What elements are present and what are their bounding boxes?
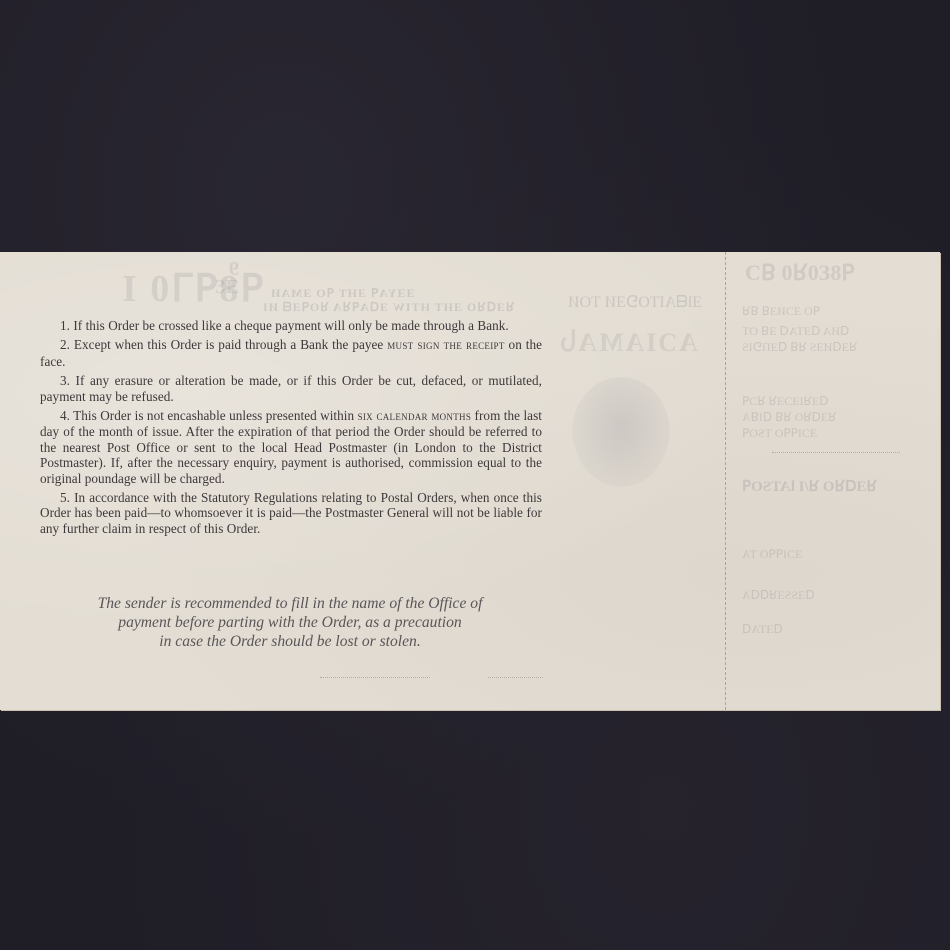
advice-line: payment before parting with the Order, a…	[30, 613, 550, 632]
advice-line: The sender is recommended to fill in the…	[30, 594, 550, 613]
show-through-stub-text: ꓷƎTAꓷ	[742, 622, 783, 637]
emphasis-small-caps: six calendar months	[358, 409, 472, 423]
show-through-heading-1: ƎƎYAꟼ ƎHT ꟼO ƎMAИ	[270, 286, 415, 301]
show-through-not-negotiable: ƎlᗺAITOꓨƎИ TOИ	[568, 292, 702, 312]
show-through-stub-text: ꓤƎꓷИƎS ꓤꓭ ꓷƎПꓨIS	[742, 340, 857, 355]
sender-advice: The sender is recommended to fill in the…	[30, 594, 550, 651]
show-through-stub-text: ꟼO ƎƆИƎꓭ ꓭꓤ	[742, 304, 820, 319]
show-through-stub-text: ƎƆIꟼꟼO TA	[742, 547, 802, 562]
show-through-stub-text: ꓤƎꓷꓤO ꓤꓭ ꓷIꓭA	[742, 410, 837, 425]
show-through-serial-prefix: 9ƎƐ	[215, 260, 239, 296]
show-through-stub-text: ꓷƎꓤIƎƆƎꓤ ꓤƆꟼ	[742, 394, 828, 409]
show-through-stub-text: ꓷƎSSƎꓤꓷꓷA	[742, 588, 815, 603]
condition-1: 1. If this Order be crossed like a chequ…	[40, 318, 542, 333]
show-through-stub-serial: ꟼ8Ɛ0ꓤ0 ꓭƆ	[745, 262, 855, 284]
show-through-serial: ꟼ8ꟼꞀ0 I	[120, 266, 263, 311]
condition-5: 5. In accordance with the Statutory Regu…	[40, 490, 542, 536]
dotted-rule	[488, 677, 543, 678]
advice-line: in case the Order should be lost or stol…	[30, 632, 550, 651]
show-through-dotted-rule	[772, 452, 900, 453]
condition-2: 2. Except when this Order is paid throug…	[40, 337, 542, 369]
perforation-line	[725, 252, 726, 710]
conditions-of-payment: 1. If this Order be crossed like a chequ…	[40, 318, 542, 540]
dotted-rule	[320, 677, 430, 678]
condition-4: 4. This Order is not encashable unless p…	[40, 408, 542, 486]
show-through-stub-value: ꓤƎꓷꓤO ꓤ/I lATSOꟼ	[742, 477, 877, 496]
postal-order-reverse: ꟼ8ꟼꞀ0 I 9ƎƐ ƎƎYAꟼ ƎHT ꟼO ƎMAИ ꓤƎᗡꓤO ƎHT …	[0, 252, 940, 710]
condition-3: 3. If any erasure or alteration be made,…	[40, 373, 542, 404]
show-through-stub-text: ƎƆIꟼꟼO TSOꟼ	[742, 426, 817, 441]
show-through-country: AƆIAMAႱ	[558, 328, 698, 358]
emphasis-small-caps: must sign the receipt	[387, 338, 504, 352]
show-through-portrait-medallion	[572, 377, 670, 487]
show-through-heading-2: ꓤƎᗡꓤO ƎHT HTIW ƎꓷAꟼꓤA ꓤOꟼƎᗺ ИI	[262, 300, 514, 315]
show-through-stub-text: ꓷИA ꓷƎTAꓷ Ǝꓭ OT	[742, 324, 849, 339]
